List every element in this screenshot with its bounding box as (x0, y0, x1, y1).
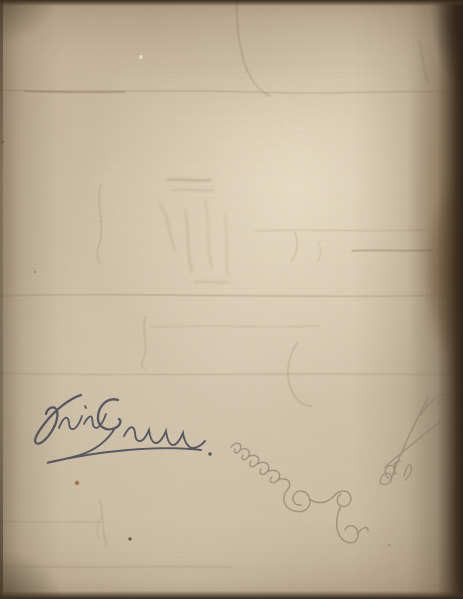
scanned-paper-photo: Scan of the blank back of an aged photog… (0, 0, 463, 599)
water-stain-core (413, 172, 463, 377)
crease-mark (288, 342, 312, 406)
crease-mark (100, 500, 107, 546)
crease-mark (237, 0, 270, 96)
smudge (185, 210, 192, 272)
smudge (168, 179, 210, 180)
pencil-stroke (257, 462, 269, 474)
crease-mark (317, 242, 321, 262)
crease-mark (0, 295, 463, 297)
ink-signature-period (208, 452, 211, 455)
dark-speck (2, 141, 4, 143)
crease-mark (255, 230, 430, 231)
pencil-stroke (380, 473, 391, 484)
artifact-description: Scan of the blank back of an aged photog… (0, 0, 1, 1)
handwriting-and-creases (0, 0, 463, 599)
ink-signature-stroke (98, 399, 120, 429)
pencil-stroke (267, 470, 280, 482)
pencil-stroke (404, 465, 412, 480)
foxing-speck (388, 544, 390, 546)
scan-edge-left (0, 0, 3, 599)
dark-speck (128, 537, 131, 540)
pencil-signature-right (380, 394, 455, 485)
crease-mark (0, 566, 232, 567)
vignette-shading (0, 0, 463, 599)
crease-mark (291, 232, 297, 262)
pencil-signature-center (231, 443, 368, 543)
pencil-stroke (309, 491, 351, 506)
scan-edge-top (0, 0, 463, 6)
smudge (172, 189, 214, 190)
pencil-stroke (337, 506, 358, 543)
scan-edge-right (437, 0, 463, 599)
foxing-speck (75, 481, 79, 485)
smudge (160, 205, 175, 250)
scan-corner-top-right (419, 0, 463, 140)
pencil-stroke (358, 527, 368, 533)
crease-mark (97, 517, 101, 538)
pencil-stroke (385, 421, 441, 467)
crease-mark (352, 250, 432, 251)
smudge (225, 215, 228, 275)
paper-sheet (0, 0, 463, 599)
specks (2, 19, 461, 547)
white-fleck (139, 55, 143, 59)
pencil-stroke (240, 449, 249, 460)
water-stain-tide (372, 22, 463, 452)
crease-mark (150, 326, 320, 327)
smudge (195, 281, 228, 282)
pencil-stroke (385, 466, 395, 478)
smudge (419, 42, 428, 82)
crease-mark (142, 316, 146, 369)
pencil-stroke (278, 479, 290, 489)
pencil-stroke (284, 489, 310, 512)
pencil-stroke (394, 461, 400, 474)
film-grain (0, 0, 463, 599)
ink-signature-stroke (47, 428, 201, 463)
scan-corner-top-left (0, 0, 70, 56)
smudge-marks (160, 42, 428, 283)
pencil-stroke (421, 394, 448, 415)
crease-mark (25, 91, 125, 92)
scan-edge-bottom (0, 591, 463, 599)
crease-mark (0, 90, 463, 93)
crease-mark (0, 373, 463, 375)
crease-marks (0, 0, 463, 567)
ink-signature-stroke (59, 416, 82, 429)
paper-fiber-texture (0, 0, 463, 599)
ink-signature-stroke (85, 406, 86, 408)
scan-corner-bottom-left (0, 535, 80, 599)
paper-side-shading (0, 0, 463, 599)
ink-signature-stroke (84, 414, 106, 428)
smudge (205, 200, 212, 268)
ink-signature-stroke (124, 427, 205, 448)
pencil-stroke (231, 443, 241, 453)
ink-signature-stroke (35, 395, 81, 444)
toning-blotches (0, 0, 463, 599)
white-fleck (458, 19, 461, 22)
crease-mark (97, 184, 101, 264)
crease-mark (0, 521, 100, 522)
pencil-stroke (248, 455, 259, 466)
pencil-stroke (437, 395, 455, 405)
dark-speck (34, 271, 36, 273)
ink-signature (35, 395, 212, 463)
pencil-stroke (390, 398, 428, 482)
